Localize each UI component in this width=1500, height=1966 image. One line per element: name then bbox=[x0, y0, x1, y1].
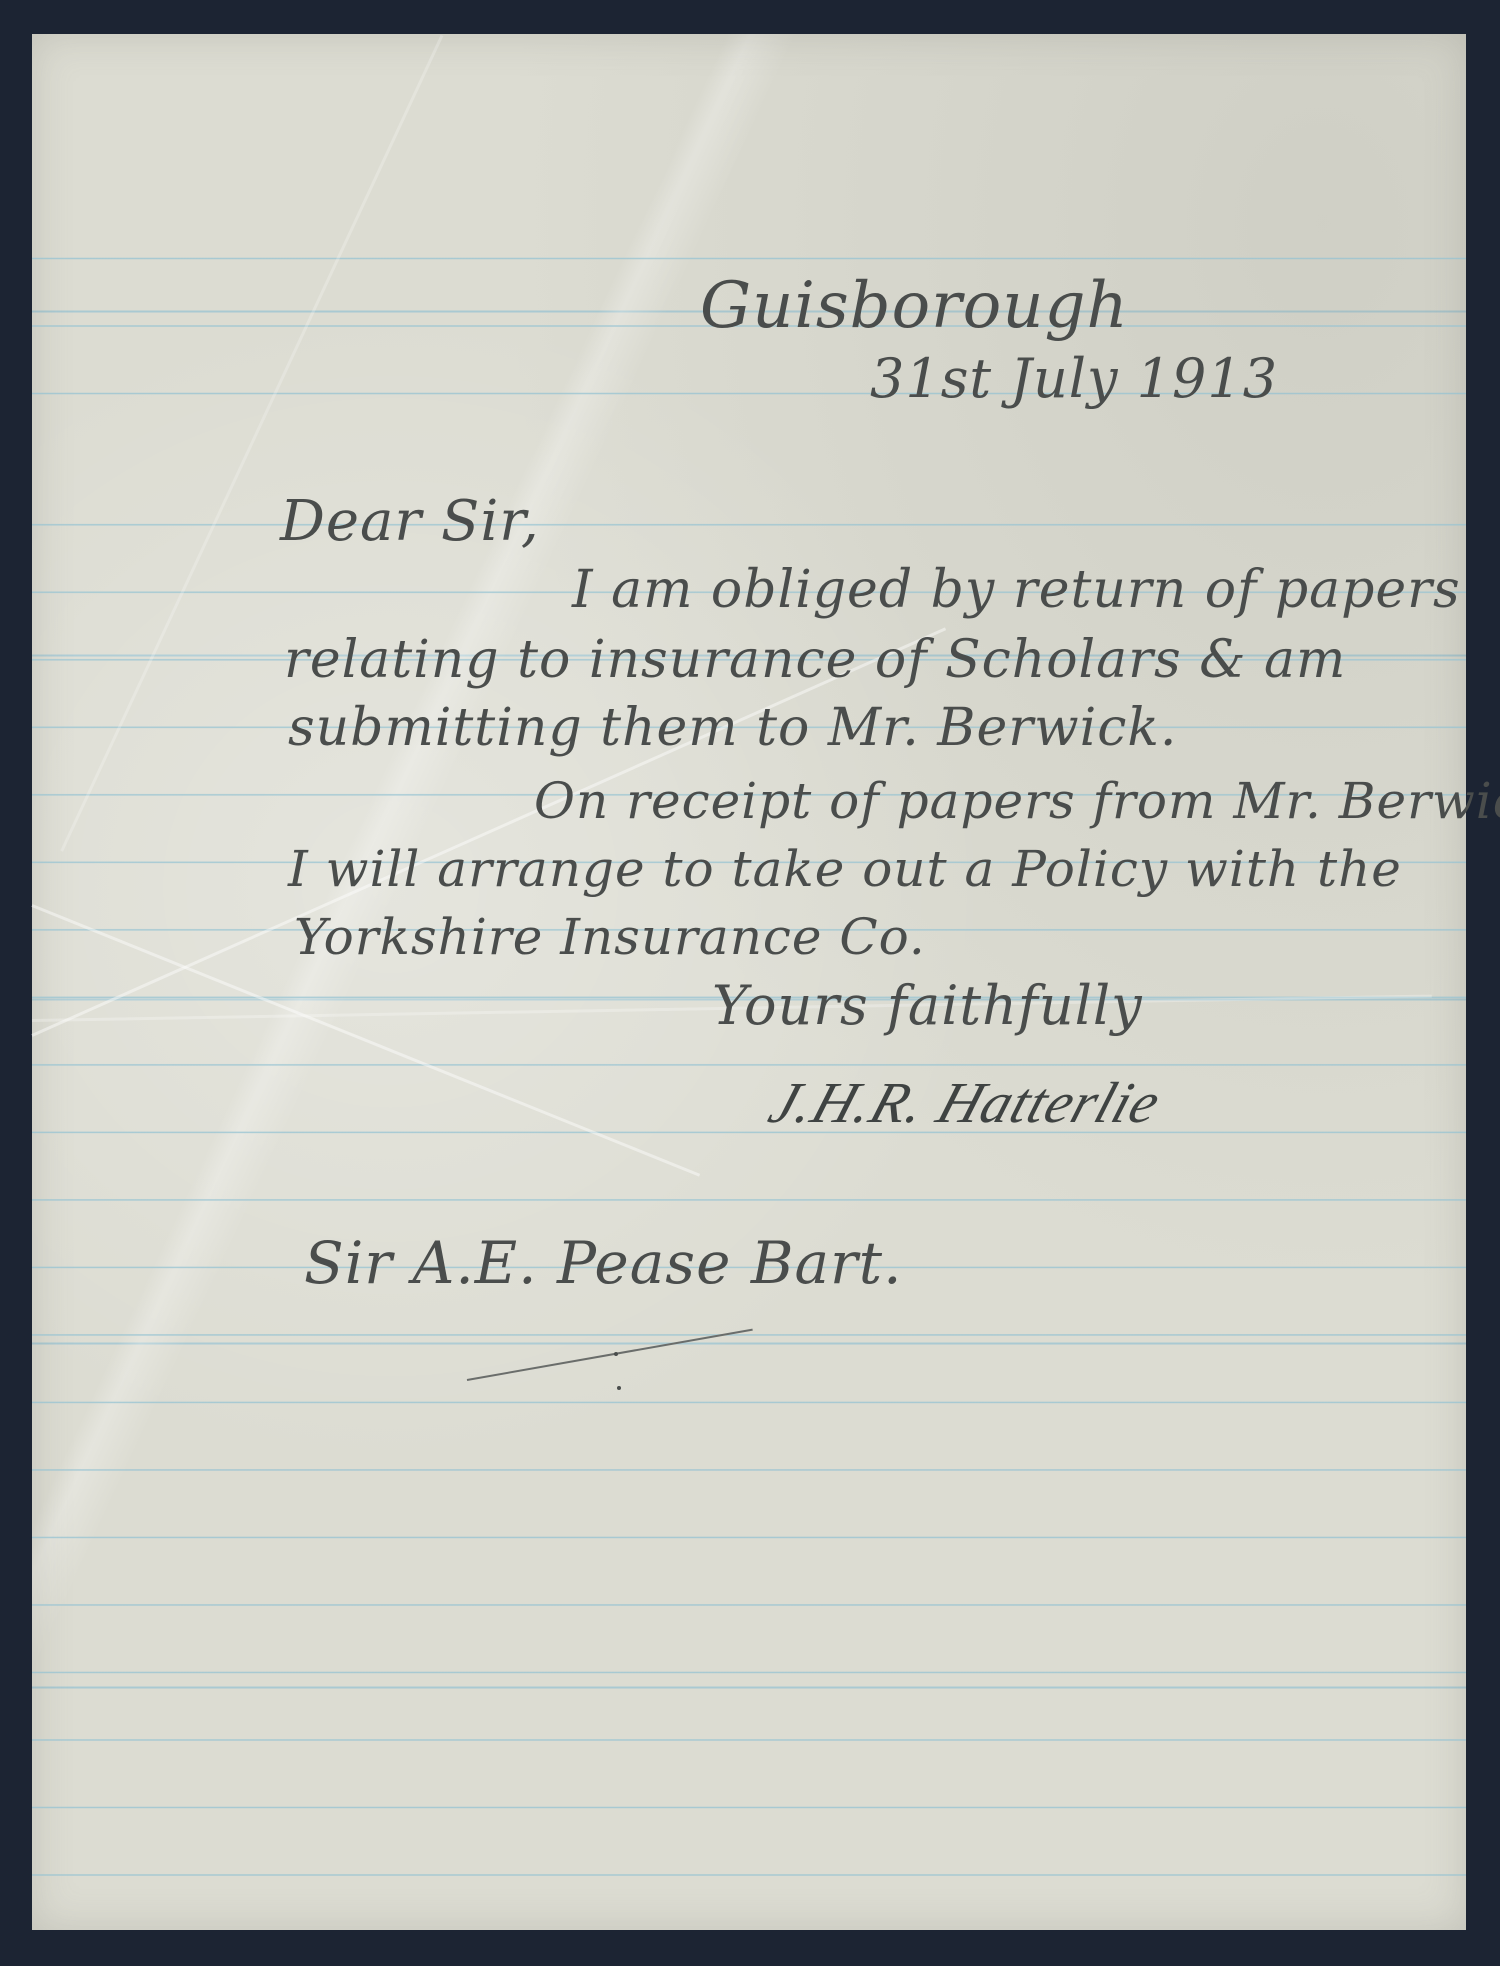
ink-dot bbox=[614, 1352, 618, 1356]
ink-flourish-line bbox=[467, 1329, 753, 1381]
letter-place: Guisborough bbox=[700, 274, 1129, 338]
letter-paper: Guisborough 31st July 1913 Dear Sir, I a… bbox=[32, 34, 1466, 1930]
body-line-1: I am obliged by return of papers bbox=[572, 564, 1461, 616]
body-line-2: relating to insurance of Scholars & am bbox=[284, 634, 1346, 686]
body-line-4: On receipt of papers from Mr. Berwick bbox=[534, 776, 1500, 826]
letter-salutation: Dear Sir, bbox=[280, 494, 540, 550]
ruled-lines bbox=[32, 246, 1466, 1930]
letter-signature: J.H.R. Hatterlie bbox=[763, 1074, 1168, 1132]
body-line-3: submitting them to Mr. Berwick. bbox=[288, 702, 1177, 754]
body-line-5: I will arrange to take out a Policy with… bbox=[288, 844, 1402, 894]
letter-date: 31st July 1913 bbox=[870, 352, 1278, 406]
ink-dot bbox=[617, 1386, 621, 1390]
body-line-6: Yorkshire Insurance Co. bbox=[294, 912, 926, 962]
letter-closing: Yours faithfully bbox=[712, 979, 1143, 1033]
letter-addressee: Sir A.E. Pease Bart. bbox=[304, 1234, 903, 1292]
